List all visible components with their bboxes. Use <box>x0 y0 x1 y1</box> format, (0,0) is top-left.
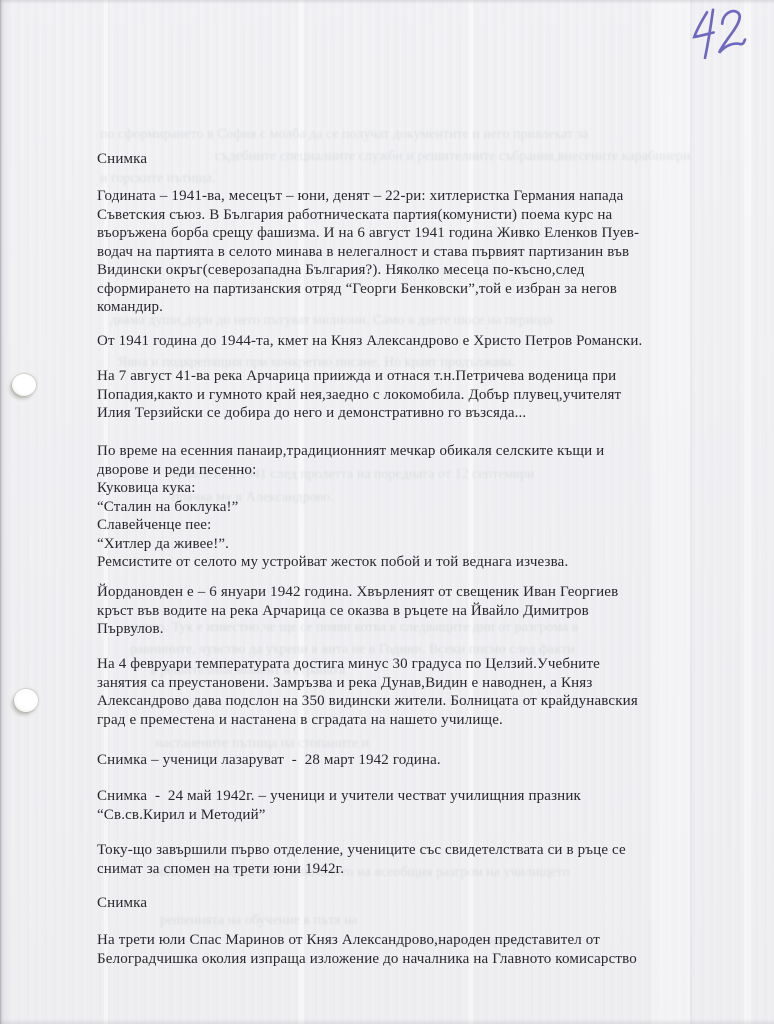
paragraph-photo-24-may: Снимка - 24 май 1942г. – ученици и учите… <box>97 787 581 824</box>
bleedthrough-line: по сформирането в София с молба да се по… <box>100 126 660 143</box>
paragraph-photo-lazaruvane: Снимка – ученици лазаруват - 28 март 194… <box>97 751 441 770</box>
scan-band <box>652 0 690 1024</box>
scanned-page: по сформирането в София с молба да се по… <box>0 0 774 1024</box>
scan-band <box>690 0 692 1024</box>
paragraph-mayor: От 1941 година до 1944-та, кмет на Княз … <box>97 332 642 351</box>
punch-hole <box>12 374 36 396</box>
page-edge-shadow-left <box>0 0 10 1024</box>
scan-band <box>744 0 751 1024</box>
bleedthrough-line: решенията на обучение в пътя на <box>160 912 460 929</box>
paragraph-first-grade: Току-що завършили първо отделение, учени… <box>97 841 626 878</box>
paragraph-yordanovden: Йордановден е – 6 януари 1942 година. Хв… <box>97 583 618 639</box>
punch-hole <box>14 689 38 712</box>
handwritten-page-number <box>684 2 760 69</box>
paragraph-february-frost: На 4 февруари температурата достига мину… <box>97 655 638 729</box>
paragraph-river-flood-1941: На 7 август 41-ва река Арчарица приижда … <box>97 367 621 423</box>
paragraph-year-1941: Годината – 1941-ва, месецът – юни, денят… <box>97 187 639 317</box>
page-edge-shadow-top <box>0 0 774 4</box>
page-edge-shadow-bottom <box>0 1019 774 1024</box>
bleedthrough-line: настанените пътища на стопаните и <box>155 735 515 752</box>
paragraph-autumn-fair: По време на есенния панаир,традиционният… <box>97 442 604 572</box>
bleedthrough-line: съдебните специалните служби и решителни… <box>215 148 690 165</box>
paragraph-spas-marinov: На трети юли Спас Маринов от Княз Алекса… <box>97 931 637 968</box>
paragraph-photo-label: Снимка <box>97 150 147 169</box>
bleedthrough-line: и горските пътища. <box>100 170 270 187</box>
paragraph-photo-label-2: Снимка <box>97 894 147 913</box>
